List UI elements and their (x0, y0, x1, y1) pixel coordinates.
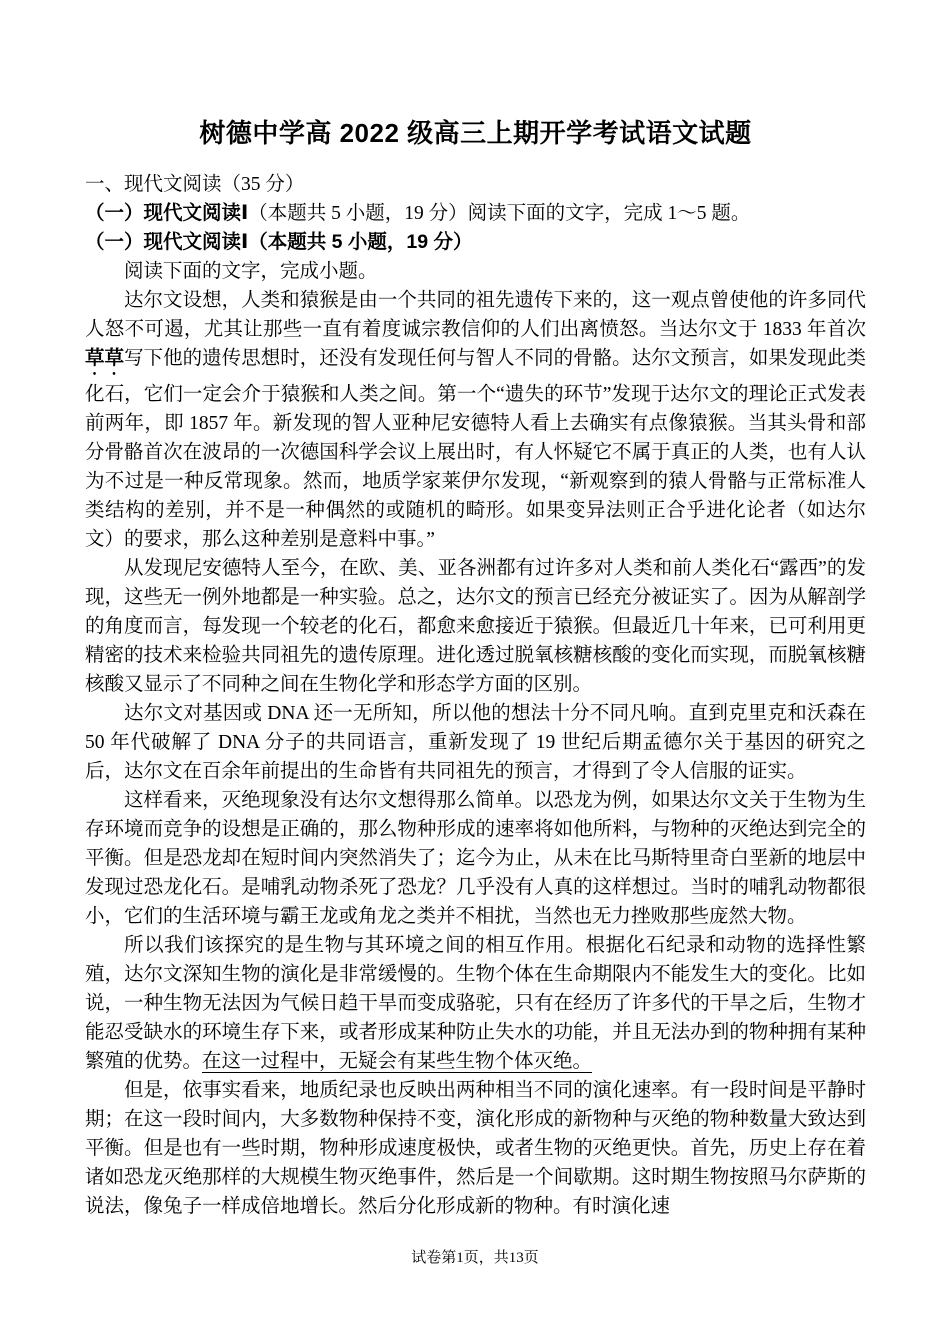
subsection-heading-rest: （本题共 5 小题，19 分）阅读下面的文字，完成 1～5 题。 (248, 203, 750, 224)
paragraph-5-underlined-sentence: 在这一过程中，无疑会有某些生物个体灭绝。 (202, 1051, 592, 1072)
passage-paragraph-2: 从发现尼安德特人至今，在欧、美、亚各洲都有过许多对人类和前人类化石“露西”的发现… (85, 554, 866, 699)
page-title: 树德中学高 2022 级高三上期开学考试语文试题 (85, 116, 866, 150)
passage-paragraph-1: 达尔文设想，人类和猿猴是由一个共同的祖先遗传下来的，这一观点曾使他的许多同代人怒… (85, 286, 866, 554)
reading-instruction: 阅读下面的文字，完成小题。 (85, 257, 866, 286)
section-heading-part-one: 一、现代文阅读（35 分） (85, 170, 866, 199)
footer-page-number: 试卷第1页，共13页 (0, 1248, 950, 1268)
paragraph-1-text-after: 写下他的遗传思想时，还没有发现任何与智人不同的骨骼。达尔文预言，如果发现此类化石… (85, 348, 866, 550)
paragraph-1-emphasized-word: 草草 (85, 348, 124, 369)
subsection-heading-bold-label: （一）现代文阅读Ⅰ (85, 202, 248, 224)
passage-paragraph-3: 达尔文对基因或 DNA 还一无所知，所以他的想法十分不同凡响。直到克里克和沃森在… (85, 699, 866, 786)
subsection-heading-repeat: （一）现代文阅读Ⅰ（本题共 5 小题，19 分） (85, 228, 866, 257)
subsection-heading-inline: （一）现代文阅读Ⅰ（本题共 5 小题，19 分）阅读下面的文字，完成 1～5 题… (85, 199, 866, 228)
passage-paragraph-5: 所以我们该探究的是生物与其环境之间的相互作用。根据化石纪录和动物的选择性繁殖，达… (85, 931, 866, 1076)
paragraph-1-text-before: 达尔文设想，人类和猿猴是由一个共同的祖先遗传下来的，这一观点曾使他的许多同代人怒… (85, 290, 866, 340)
passage-paragraph-4: 这样看来，灭绝现象没有达尔文想得那么简单。以恐龙为例，如果达尔文关于生物为生存环… (85, 786, 866, 931)
page-content: 树德中学高 2022 级高三上期开学考试语文试题 一、现代文阅读（35 分） （… (0, 0, 950, 1221)
exam-page: 树德中学高 2022 级高三上期开学考试语文试题 一、现代文阅读（35 分） （… (0, 0, 950, 1344)
passage-paragraph-6: 但是，依事实看来，地质纪录也反映出两种相当不同的演化速率。有一段时间是平静时期；… (85, 1076, 866, 1221)
